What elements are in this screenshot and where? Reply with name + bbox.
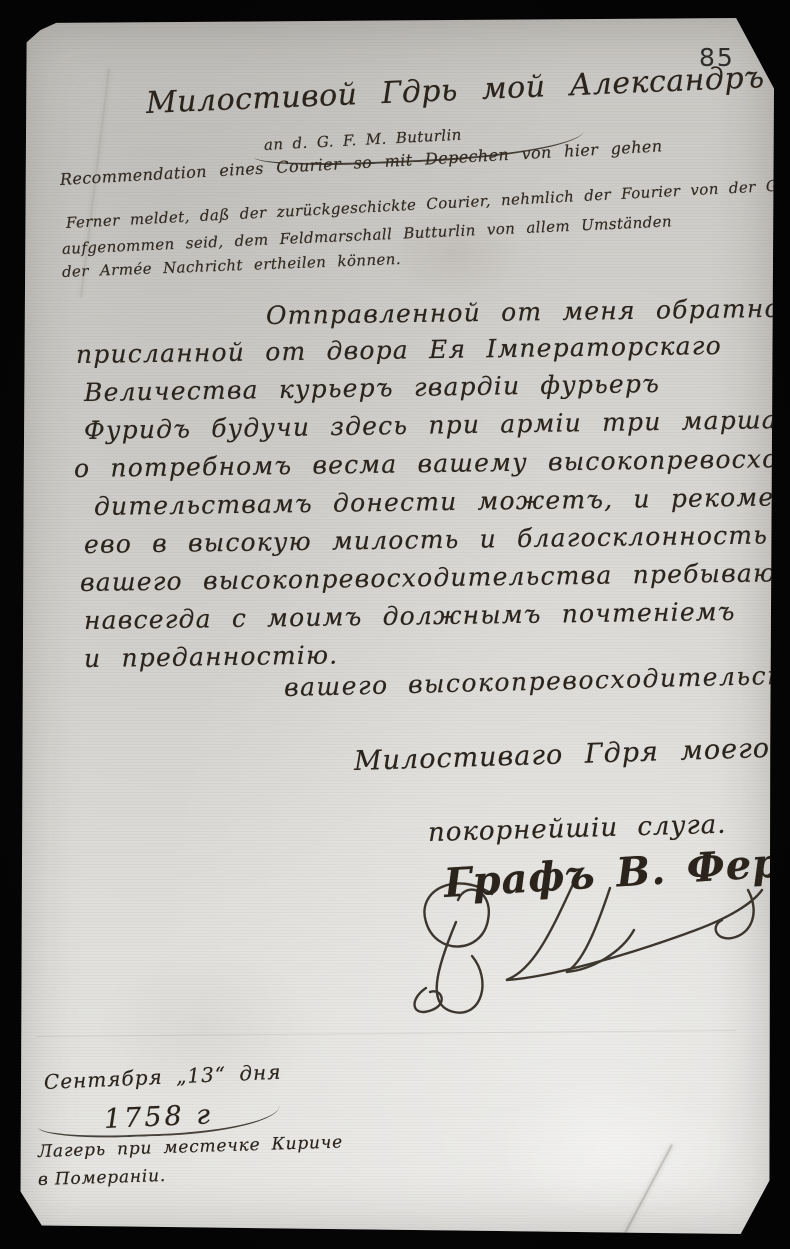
body-line: навсегда с моимъ должнымъ почтеніемъ <box>84 597 736 635</box>
closing-line: вашего высокопревосходительства <box>284 660 774 702</box>
salutation-line: Милостивой Гдрь мой Александръ Борисович… <box>145 51 774 121</box>
scan-background: 85 Милостивой Гдрь мой Александръ Борисо… <box>0 0 790 1249</box>
paper-crease <box>617 1144 673 1234</box>
body-line: и преданностію. <box>84 640 339 673</box>
body-line: Фуридъ будучи здесь при арміи три марша <box>84 405 774 445</box>
year-line: 1758 г <box>103 1099 213 1135</box>
manuscript-paper: 85 Милостивой Гдрь мой Александръ Борисо… <box>16 18 774 1234</box>
closing-line: покорнейшіи слуга. <box>428 810 727 848</box>
body-line: о потребномъ весма вашему высокопревосхо <box>74 444 774 483</box>
place-line: Лагерь при местечке Кириче <box>38 1132 344 1162</box>
body-line: вашего высокопревосходительства пребываю… <box>80 558 774 597</box>
closing-line: Милостиваго Гдря моего <box>354 733 771 777</box>
paper-stain <box>496 1078 736 1218</box>
body-line: дительствамъ донести можетъ, и рекоменду… <box>94 482 774 521</box>
body-line: ево в высокую милость и благосклонность … <box>84 520 774 559</box>
place-line: в Помераніи. <box>38 1166 167 1190</box>
paper-crease <box>36 1030 736 1037</box>
body-line: присланной от двора Ея Імператорскаго <box>76 331 722 369</box>
body-line: Отправленной от меня обратно з депешами <box>266 291 774 330</box>
body-line: Величества курьеръ гвардіи фурьеръ <box>84 369 660 407</box>
date-line: Сентября „13“ дня <box>43 1060 281 1094</box>
